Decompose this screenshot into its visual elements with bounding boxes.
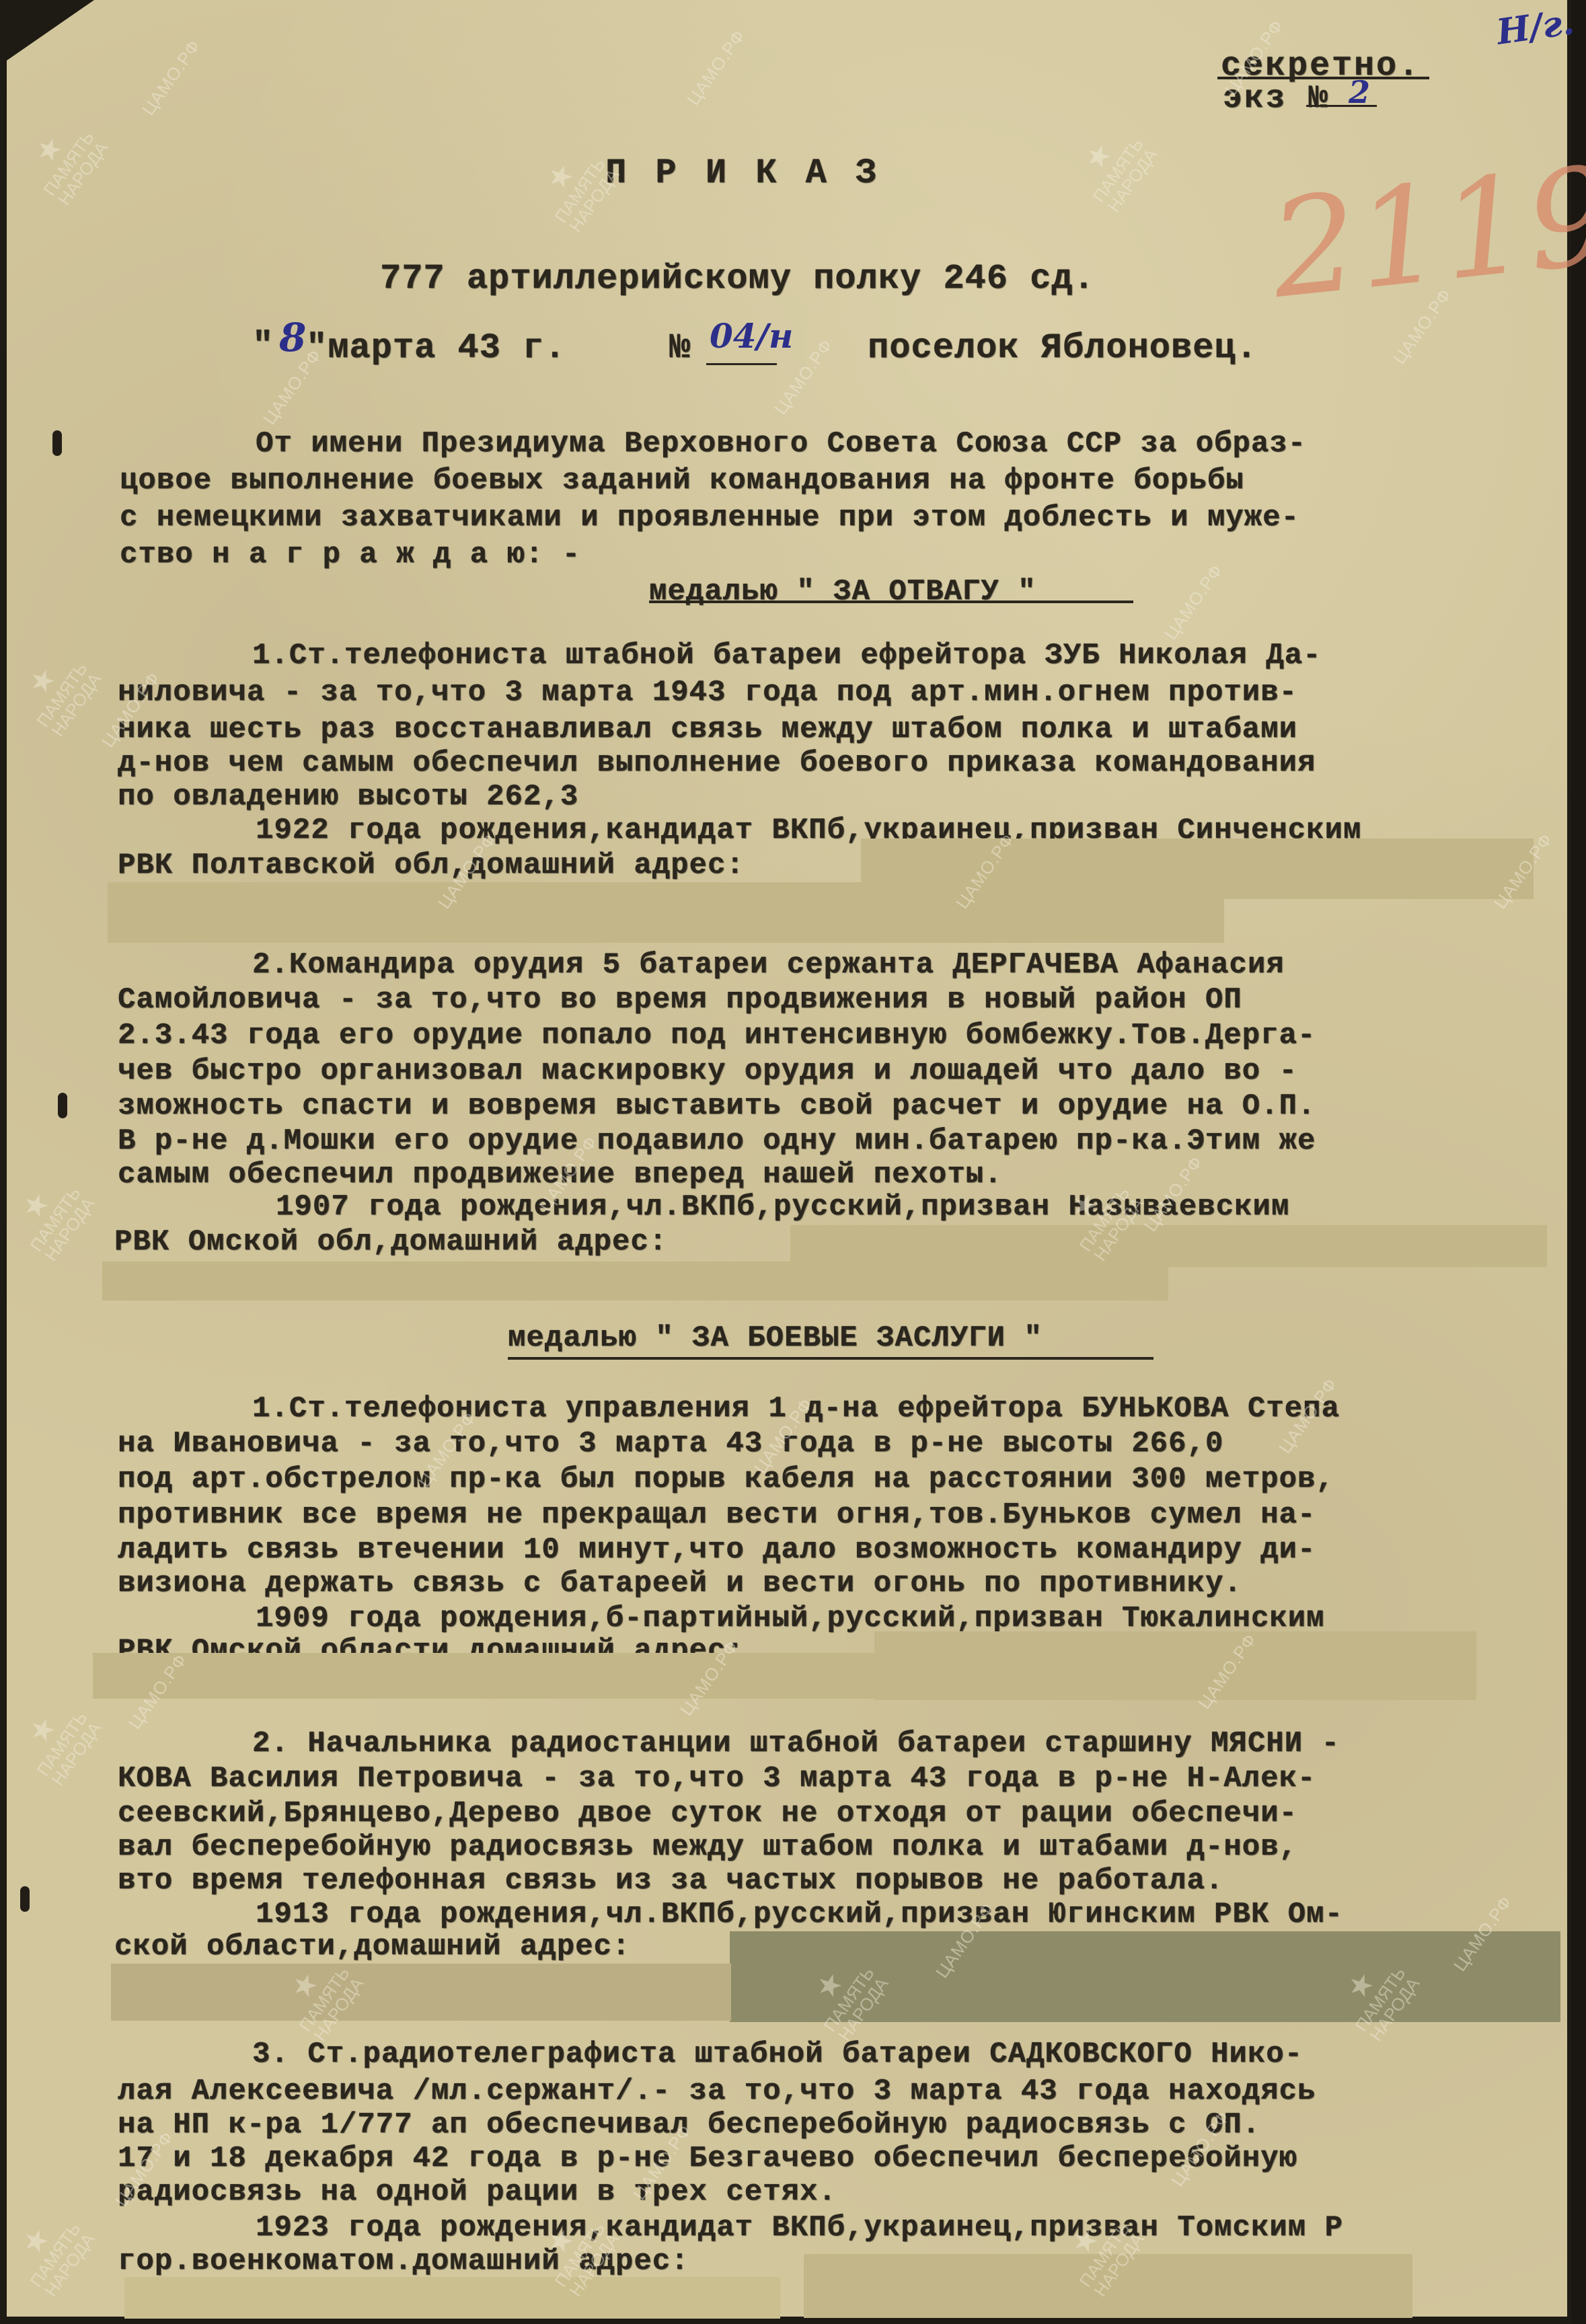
award-entry-line: ниловича - за то,что 3 марта 1943 года п…	[118, 676, 1297, 709]
award-entry-line: по овладению высоты 262,3	[118, 780, 578, 814]
scan-border	[1571, 0, 1586, 2324]
award-entry-line: радиосвязь на одной рации в трех сетях.	[118, 2175, 837, 2209]
award-entry-line: КОВА Василия Петровича - за то,что 3 мар…	[118, 1762, 1316, 1795]
award-entry-line: 1923 года рождения,кандидат ВКПб,украине…	[256, 2211, 1343, 2245]
document-title: П Р И К А З	[605, 153, 880, 193]
punch-hole-mark	[52, 430, 62, 456]
redacted-address	[102, 1262, 1168, 1301]
unit-line: 777 артиллерийскому полку 246 сд.	[380, 259, 1095, 299]
award-entry-line: ладить связь втечении 10 минут,что дало …	[118, 1533, 1316, 1567]
redacted-address	[124, 2277, 780, 2319]
order-number: 04/н	[710, 316, 793, 356]
order-number-label: №	[669, 328, 691, 368]
award-entry-line: ника шесть раз восстанавливал связь межд…	[118, 713, 1297, 746]
award-entry-line: на Ивановича - за то,что 3 марта 43 года…	[118, 1427, 1223, 1461]
award-entry-line: 1.Ст.телефониста управления 1 д-на ефрей…	[252, 1392, 1340, 1426]
place-name: поселок Яблоновец.	[868, 328, 1258, 368]
section-heading-za-boevye-zaslugi: медалью " ЗА БОЕВЫЕ ЗАСЛУГИ "	[508, 1321, 1043, 1355]
heading-underline	[649, 601, 1133, 603]
copy-number-rule	[1306, 105, 1377, 107]
award-entry-line: на НП к-ра 1/777 ап обеспечивал беспереб…	[118, 2108, 1260, 2142]
classification-label: секретно.	[1221, 47, 1421, 85]
redacted-address	[790, 1225, 1547, 1267]
order-number-rule	[706, 363, 777, 365]
redacted-address	[93, 1653, 876, 1699]
section-heading-za-otvagu: медалью " ЗА ОТВАГУ "	[649, 575, 1036, 609]
award-entry-line: РВК Омской обл,домашний адрес:	[114, 1225, 667, 1259]
redacted-address	[804, 2254, 1412, 2318]
award-entry-line: 1913 года рождения,чл.ВКПб,русский,призв…	[256, 1898, 1343, 1931]
award-entry-line: визиона держать связь с батареей и вести…	[118, 1567, 1242, 1600]
redacted-address	[874, 1631, 1476, 1700]
punch-hole-mark	[20, 1886, 30, 1912]
award-entry-line: ской области,домашний адрес:	[114, 1930, 630, 1964]
redacted-address	[730, 1931, 1560, 2022]
preamble-line: с немецкими захватчиками и проявленные п…	[120, 501, 1299, 535]
award-entry-line: вал бесперебойную радиосвязь между штабо…	[118, 1830, 1297, 1864]
award-entry-line: лая Алексеевича /мл.сержант/.- за то,что…	[118, 2075, 1316, 2108]
award-entry-line: 2. Начальника радиостанции штабной батар…	[252, 1727, 1340, 1760]
redacted-address	[111, 1964, 731, 2021]
award-entry-line: 1907 года рождения,чл.ВКПб,русский,призв…	[276, 1190, 1289, 1224]
award-entry-line: гор.военкоматом.домашний адрес:	[118, 2245, 689, 2278]
award-entry-line: зможность спасти и вовремя выставить сво…	[118, 1089, 1316, 1123]
award-entry-line: РВК Полтавской обл,домашний адрес:	[118, 849, 745, 882]
award-entry-line: вто время телефонная связь из за частых …	[118, 1864, 1223, 1898]
award-entry-line: под арт.обстрелом пр-ка был порыв кабеля…	[118, 1463, 1334, 1496]
redacted-address	[108, 882, 1224, 943]
preamble-line: ство н а г р а ж д а ю: -	[120, 538, 580, 572]
preamble-line: цовое выполнение боевых заданий командов…	[120, 464, 1244, 498]
date-day: 8	[279, 315, 306, 360]
award-entry-line: самым обеспечил продвижение вперед нашей…	[118, 1158, 1002, 1192]
preamble-line: От имени Президиума Верховного Совета Со…	[256, 427, 1306, 461]
date-month-year: "марта 43 г.	[306, 328, 566, 368]
award-entry-line: 2.Командира орудия 5 батареи сержанта ДЕ…	[252, 948, 1285, 982]
copy-label: экз №	[1223, 81, 1330, 117]
award-entry-line: Самойловича - за то,что во время продвиж…	[118, 983, 1242, 1017]
award-entry-line: противник все время не прекращал вести о…	[118, 1498, 1316, 1532]
award-entry-line: д-нов чем самым обеспечил выполнение бое…	[118, 746, 1316, 780]
award-entry-line: 2.3.43 года его орудие попало под интенс…	[118, 1019, 1316, 1052]
date-open-quote: "	[252, 326, 274, 366]
award-entry-line: чев быстро организовал маскировку орудия…	[118, 1054, 1297, 1088]
heading-underline	[508, 1357, 1154, 1360]
award-entry-line: 1.Ст.телефониста штабной батареи ефрейто…	[252, 639, 1321, 672]
classification-rule	[1217, 77, 1429, 79]
award-entry-line: 3. Ст.радиотелеграфиста штабной батареи …	[252, 2038, 1303, 2071]
award-entry-line: 17 и 18 декабря 42 года в р-не Безгачево…	[118, 2142, 1297, 2175]
punch-hole-mark	[58, 1093, 67, 1118]
award-entry-line: В р-не д.Мошки его орудие подавило одну …	[118, 1124, 1316, 1158]
award-entry-line: сеевский,Брянцево,Дерево двое суток не о…	[118, 1797, 1297, 1830]
award-entry-line: 1909 года рождения,б-партийный,русский,п…	[256, 1602, 1324, 1635]
